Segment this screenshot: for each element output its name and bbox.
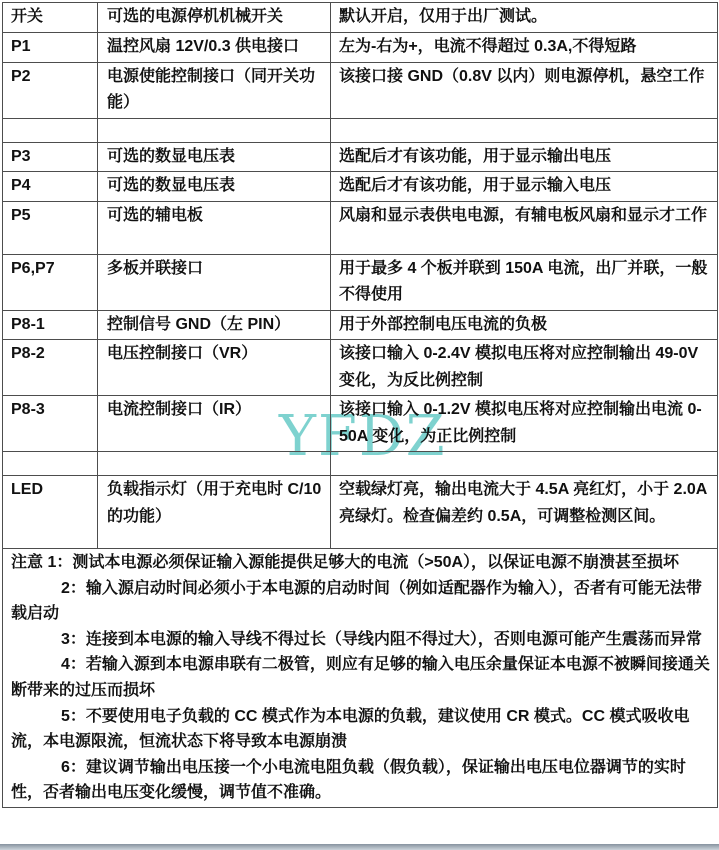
function-cell: 温控风扇 12V/0.3 供电接口 (98, 33, 331, 63)
description-cell: 空载绿灯亮，输出电流大于 4.5A 亮红灯，小于 2.0A 亮绿灯。检查偏差约 … (331, 476, 718, 549)
function-cell (98, 118, 331, 142)
table-row: P4 可选的数显电压表 选配后才有该功能，用于显示输入电压 (3, 172, 718, 202)
port-cell: P2 (3, 62, 98, 118)
port-cell: P3 (3, 142, 98, 172)
table-row-empty (3, 452, 718, 476)
function-cell: 可选的数显电压表 (98, 142, 331, 172)
table-row: 开关 可选的电源停机机械开关 默认开启，仅用于出厂测试。 (3, 3, 718, 33)
description-cell: 左为-右为+，电流不得超过 0.3A,不得短路 (331, 33, 718, 63)
table-row: P1 温控风扇 12V/0.3 供电接口 左为-右为+，电流不得超过 0.3A,… (3, 33, 718, 63)
port-cell: LED (3, 476, 98, 549)
function-cell (98, 452, 331, 476)
function-cell: 可选的数显电压表 (98, 172, 331, 202)
function-cell: 电源使能控制接口（同开关功能） (98, 62, 331, 118)
page-bottom-edge (0, 844, 719, 850)
function-cell: 负载指示灯（用于充电时 C/10 的功能） (98, 476, 331, 549)
port-cell: P5 (3, 201, 98, 254)
table-row: P6,P7 多板并联接口 用于最多 4 个板并联到 150A 电流，出厂并联，一… (3, 254, 718, 310)
port-cell: P6,P7 (3, 254, 98, 310)
function-cell: 电流控制接口（IR） (98, 396, 331, 452)
note-paragraph: 注意 1：测试本电源必须保证输入源能提供足够大的电流（>50A），以保证电源不崩… (11, 550, 712, 576)
port-cell: 开关 (3, 3, 98, 33)
description-cell (331, 118, 718, 142)
description-cell: 该接口输入 0-1.2V 模拟电压将对应控制输出电流 0-50A 变化，为正比例… (331, 396, 718, 452)
note-paragraph: 6：建议调节输出电压接一个小电流电阻负载（假负载），保证输出电压电位器调节的实时… (11, 755, 712, 806)
table-row: P8-1 控制信号 GND（左 PIN） 用于外部控制电压电流的负极 (3, 310, 718, 340)
table-row: P2 电源使能控制接口（同开关功能） 该接口接 GND（0.8V 以内）则电源停… (3, 62, 718, 118)
table-row: P8-2 电压控制接口（VR） 该接口输入 0-2.4V 模拟电压将对应控制输出… (3, 340, 718, 396)
port-cell: P8-2 (3, 340, 98, 396)
function-cell: 多板并联接口 (98, 254, 331, 310)
spec-table: 开关 可选的电源停机机械开关 默认开启，仅用于出厂测试。 P1 温控风扇 12V… (2, 2, 718, 808)
description-cell: 默认开启，仅用于出厂测试。 (331, 3, 718, 33)
note-paragraph: 3：连接到本电源的输入导线不得过长（导线内阻不得过大），否则电源可能产生震荡而异… (11, 627, 712, 653)
function-cell: 控制信号 GND（左 PIN） (98, 310, 331, 340)
notes-section: 注意 1：测试本电源必须保证输入源能提供足够大的电流（>50A），以保证电源不崩… (3, 549, 718, 808)
table-row: LED 负载指示灯（用于充电时 C/10 的功能） 空载绿灯亮，输出电流大于 4… (3, 476, 718, 549)
table-row: P3 可选的数显电压表 选配后才有该功能，用于显示输出电压 (3, 142, 718, 172)
description-cell: 选配后才有该功能，用于显示输入电压 (331, 172, 718, 202)
note-paragraph: 2：输入源启动时间必须小于本电源的启动时间（例如适配器作为输入），否者有可能无法… (11, 576, 712, 627)
table-row: P8-3 电流控制接口（IR） 该接口输入 0-1.2V 模拟电压将对应控制输出… (3, 396, 718, 452)
function-cell: 电压控制接口（VR） (98, 340, 331, 396)
port-cell (3, 118, 98, 142)
note-paragraph: 4：若输入源到本电源串联有二极管，则应有足够的输入电压余量保证本电源不被瞬间接通… (11, 652, 712, 703)
table-row-empty (3, 118, 718, 142)
port-cell: P8-1 (3, 310, 98, 340)
port-cell: P1 (3, 33, 98, 63)
description-cell: 用于最多 4 个板并联到 150A 电流，出厂并联，一般不得使用 (331, 254, 718, 310)
description-cell: 用于外部控制电压电流的负极 (331, 310, 718, 340)
description-cell (331, 452, 718, 476)
description-cell: 该接口输入 0-2.4V 模拟电压将对应控制输出 49-0V 变化，为反比例控制 (331, 340, 718, 396)
port-cell: P4 (3, 172, 98, 202)
function-cell: 可选的电源停机机械开关 (98, 3, 331, 33)
notes-row: 注意 1：测试本电源必须保证输入源能提供足够大的电流（>50A），以保证电源不崩… (3, 549, 718, 808)
document-page: YFDZ 开关 可选的电源停机机械开关 默认开启，仅用于出厂测试。 P1 温控风… (0, 0, 719, 850)
note-paragraph: 5：不要使用电子负载的 CC 模式作为本电源的负载，建议使用 CR 模式。CC … (11, 704, 712, 755)
port-cell: P8-3 (3, 396, 98, 452)
description-cell: 该接口接 GND（0.8V 以内）则电源停机，悬空工作 (331, 62, 718, 118)
table-row: P5 可选的辅电板 风扇和显示表供电电源，有辅电板风扇和显示才工作 (3, 201, 718, 254)
port-cell (3, 452, 98, 476)
description-cell: 选配后才有该功能，用于显示输出电压 (331, 142, 718, 172)
description-cell: 风扇和显示表供电电源，有辅电板风扇和显示才工作 (331, 201, 718, 254)
function-cell: 可选的辅电板 (98, 201, 331, 254)
